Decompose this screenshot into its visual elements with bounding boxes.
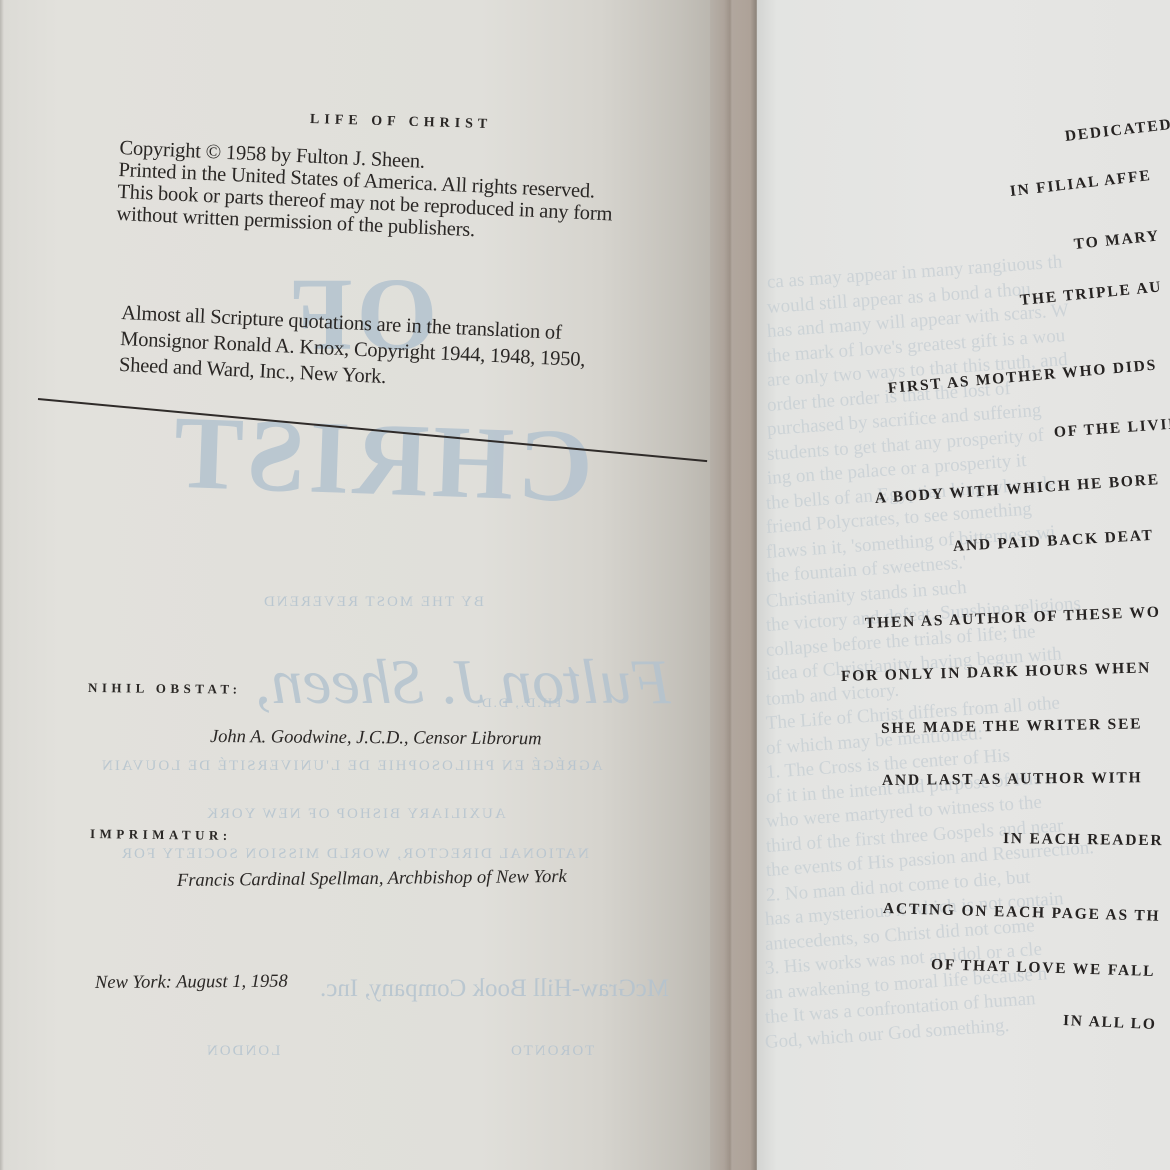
dedication-line: DEDICATED bbox=[1064, 116, 1170, 146]
dedication-line: IN FILIAL AFFE bbox=[1009, 167, 1152, 201]
book-gutter bbox=[710, 0, 758, 1170]
dedication-line: SHE MADE THE WRITER SEE bbox=[881, 715, 1143, 738]
bleed-through-credential-2: AUXILIARY BISHOP OF NEW YORK bbox=[205, 806, 506, 823]
dedication-line: IN ALL LO bbox=[1063, 1012, 1157, 1034]
bleed-through-cities: NEW YORK TORONTO LONDON bbox=[205, 1043, 722, 1060]
bleed-through-credential-1: AGRÉGÉ EN PHILOSOPHIE DE L'UNIVERSITÉ DE… bbox=[100, 758, 603, 775]
bleed-through-by-line: BY THE MOST REVEREND bbox=[262, 594, 484, 611]
dedication-line: IN EACH READER bbox=[1003, 830, 1164, 850]
nihil-obstat-label: NIHIL OBSTAT: bbox=[88, 680, 242, 698]
running-head: LIFE OF CHRIST bbox=[310, 112, 493, 133]
scripture-attribution: Almost all Scripture quotations are in t… bbox=[118, 300, 587, 399]
right-page-dedication: ca as may appear in many rangiuous thwou… bbox=[757, 0, 1170, 1170]
imprimatur-archbishop: Francis Cardinal Spellman, Archbishop of… bbox=[177, 867, 567, 892]
nihil-obstat-censor: John A. Goodwine, J.C.D., Censor Libroru… bbox=[210, 727, 542, 750]
bleed-through-credential-3: NATIONAL DIRECTOR, WORLD MISSION SOCIETY… bbox=[120, 846, 589, 863]
imprimatur-label: IMPRIMATUR: bbox=[90, 826, 232, 844]
dedication-line: THE TRIPLE AU bbox=[1019, 278, 1163, 310]
left-page-copyright: OF CHRIST BY THE MOST REVEREND Fulton J.… bbox=[0, 0, 722, 1170]
imprimatur-date: New York: August 1, 1958 bbox=[95, 972, 288, 994]
dedication-line: AND LAST AS AUTHOR WITH bbox=[882, 769, 1143, 790]
bleed-through-degrees: PH.D., D.D. bbox=[475, 695, 561, 711]
dedication-line: OF THE LIVING bbox=[1053, 414, 1170, 442]
copyright-notice: Copyright © 1958 by Fulton J. Sheen. Pri… bbox=[116, 137, 615, 247]
bleed-through-author: Fulton J. Sheen, bbox=[255, 645, 671, 719]
dedication-line: TO MARY bbox=[1073, 227, 1161, 254]
bleed-through-publisher: McGraw-Hill Book Company, Inc. bbox=[320, 975, 669, 1003]
bleed-through-title-christ: CHRIST bbox=[168, 393, 595, 527]
